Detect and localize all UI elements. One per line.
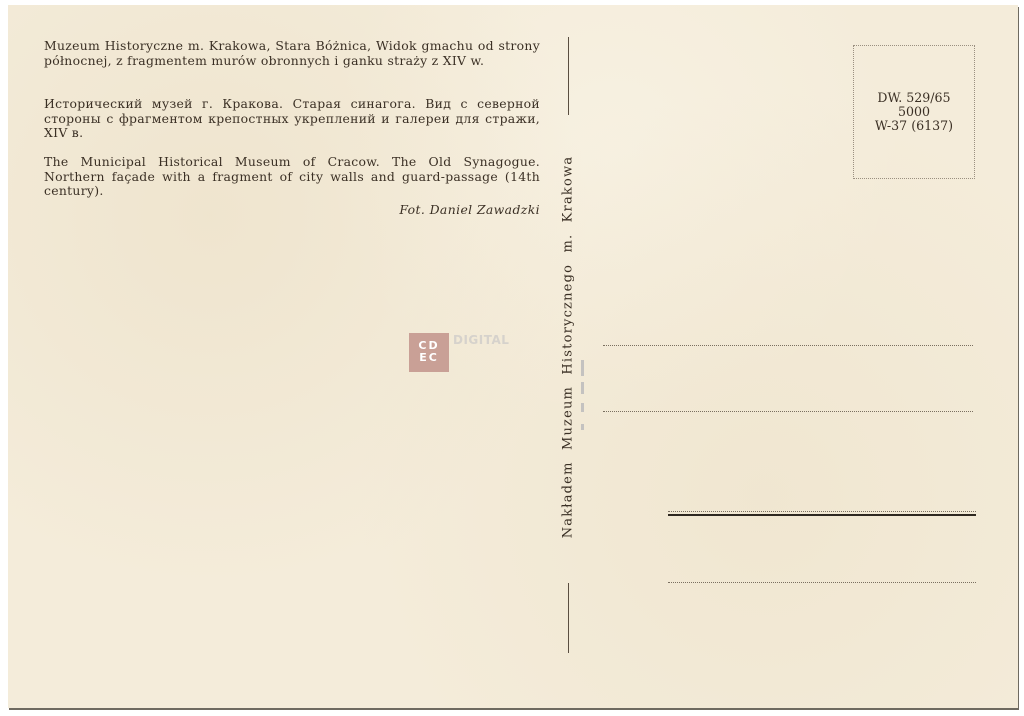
stamp-line-3: W-37 (6137) — [854, 119, 974, 133]
watermark-logo-bottom: EC — [409, 352, 449, 364]
address-line-1 — [603, 345, 973, 346]
bar-chart-icon — [581, 358, 585, 430]
publisher-imprint: Nakładem Muzeum Historycznego m. Krakowa — [561, 156, 576, 539]
address-line-2 — [603, 411, 973, 412]
watermark-logo: CD EC — [409, 333, 449, 372]
photo-credit: Fot. Daniel Zawadzki — [44, 202, 540, 217]
address-underline — [668, 514, 976, 516]
address-line-4 — [668, 582, 976, 583]
divider-line-top — [568, 37, 569, 115]
postcard-back: Muzeum Historyczne m. Krakowa, Stara Bóż… — [8, 5, 1018, 708]
address-line-3 — [668, 511, 976, 512]
stamp-line-2: 5000 — [854, 105, 974, 119]
stamp-line-1: DW. 529/65 — [854, 91, 974, 105]
caption-polish: Muzeum Historyczne m. Krakowa, Stara Bóż… — [44, 39, 540, 68]
stamp-text: DW. 529/65 5000 W-37 (6137) — [854, 91, 974, 133]
divider-line-bottom — [568, 583, 569, 653]
stamp-box: DW. 529/65 5000 W-37 (6137) — [853, 45, 975, 179]
caption-russian: Исторический музей г. Кракова. Старая си… — [44, 97, 540, 141]
caption-english: The Municipal Historical Museum of Craco… — [44, 155, 540, 199]
watermark-label: DIGITAL — [453, 333, 509, 347]
